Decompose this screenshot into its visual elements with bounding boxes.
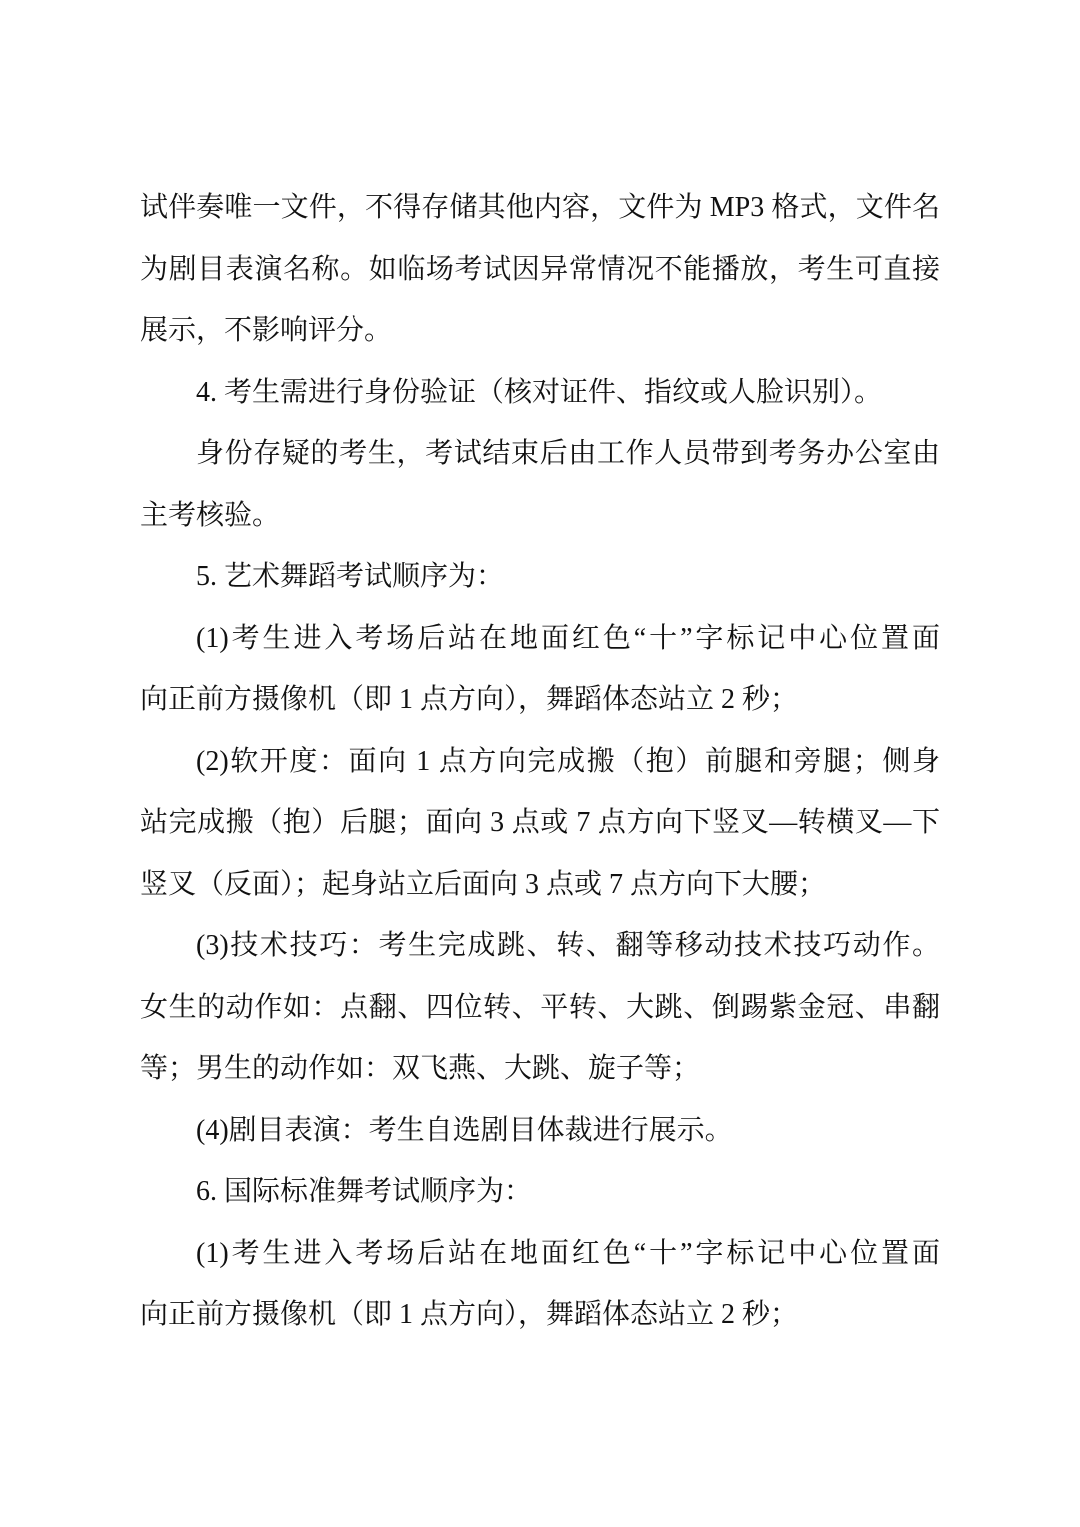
- text-line: 站完成搬（抱）后腿；面向 3 点或 7 点方向下竖叉—转横叉—下: [140, 792, 940, 854]
- text-line: 竖叉（反面）；起身站立后面向 3 点或 7 点方向下大腰；: [140, 854, 940, 916]
- text-line: (2)软开度：面向 1 点方向完成搬（抱）前腿和旁腿；侧身: [140, 731, 940, 793]
- text-line: 为剧目表演名称。如临场考试因异常情况不能播放，考生可直接: [140, 239, 940, 301]
- document-page: 试伴奏唯一文件，不得存储其他内容，文件为 MP3 格式，文件名 为剧目表演名称。…: [0, 0, 1080, 1527]
- text-line: 身份存疑的考生，考试结束后由工作人员带到考务办公室由: [140, 423, 940, 485]
- paragraph-ballroom-step-1: (1)考生进入考场后站在地面红色“十”字标记中心位置面 向正前方摄像机（即 1 …: [140, 1223, 940, 1346]
- text-line: (3)技术技巧：考生完成跳、转、翻等移动技术技巧动作。: [140, 915, 940, 977]
- text-line: 主考核验。: [140, 485, 940, 547]
- text-line: 5. 艺术舞蹈考试顺序为：: [140, 546, 940, 608]
- text-line: 女生的动作如：点翻、四位转、平转、大跳、倒踢紫金冠、串翻: [140, 977, 940, 1039]
- text-line: (4)剧目表演：考生自选剧目体裁进行展示。: [140, 1100, 940, 1162]
- text-line: 等；男生的动作如：双飞燕、大跳、旋子等；: [140, 1038, 940, 1100]
- paragraph-item-6-ballroom-order: 6. 国际标准舞考试顺序为：: [140, 1161, 940, 1223]
- text-line: 向正前方摄像机（即 1 点方向），舞蹈体态站立 2 秒；: [140, 1284, 940, 1346]
- paragraph-item-4-identity-check: 4. 考生需进行身份验证（核对证件、指纹或人脸识别）。: [140, 362, 940, 424]
- paragraph-art-dance-step-3-technique: (3)技术技巧：考生完成跳、转、翻等移动技术技巧动作。 女生的动作如：点翻、四位…: [140, 915, 940, 1100]
- text-line: 试伴奏唯一文件，不得存储其他内容，文件为 MP3 格式，文件名: [140, 177, 940, 239]
- paragraph-item-5-art-dance-order: 5. 艺术舞蹈考试顺序为：: [140, 546, 940, 608]
- text-line: 6. 国际标准舞考试顺序为：: [140, 1161, 940, 1223]
- text-line: 向正前方摄像机（即 1 点方向），舞蹈体态站立 2 秒；: [140, 669, 940, 731]
- paragraph-art-dance-step-2-flexibility: (2)软开度：面向 1 点方向完成搬（抱）前腿和旁腿；侧身 站完成搬（抱）后腿；…: [140, 731, 940, 916]
- text-line: 4. 考生需进行身份验证（核对证件、指纹或人脸识别）。: [140, 362, 940, 424]
- paragraph-art-dance-step-4-repertoire: (4)剧目表演：考生自选剧目体裁进行展示。: [140, 1100, 940, 1162]
- text-line: (1)考生进入考场后站在地面红色“十”字标记中心位置面: [140, 608, 940, 670]
- document-text-block: 试伴奏唯一文件，不得存储其他内容，文件为 MP3 格式，文件名 为剧目表演名称。…: [140, 177, 940, 1346]
- text-line: 展示，不影响评分。: [140, 300, 940, 362]
- paragraph-accompaniment-file: 试伴奏唯一文件，不得存储其他内容，文件为 MP3 格式，文件名 为剧目表演名称。…: [140, 177, 940, 362]
- paragraph-art-dance-step-1: (1)考生进入考场后站在地面红色“十”字标记中心位置面 向正前方摄像机（即 1 …: [140, 608, 940, 731]
- paragraph-identity-doubt: 身份存疑的考生，考试结束后由工作人员带到考务办公室由 主考核验。: [140, 423, 940, 546]
- text-line: (1)考生进入考场后站在地面红色“十”字标记中心位置面: [140, 1223, 940, 1285]
